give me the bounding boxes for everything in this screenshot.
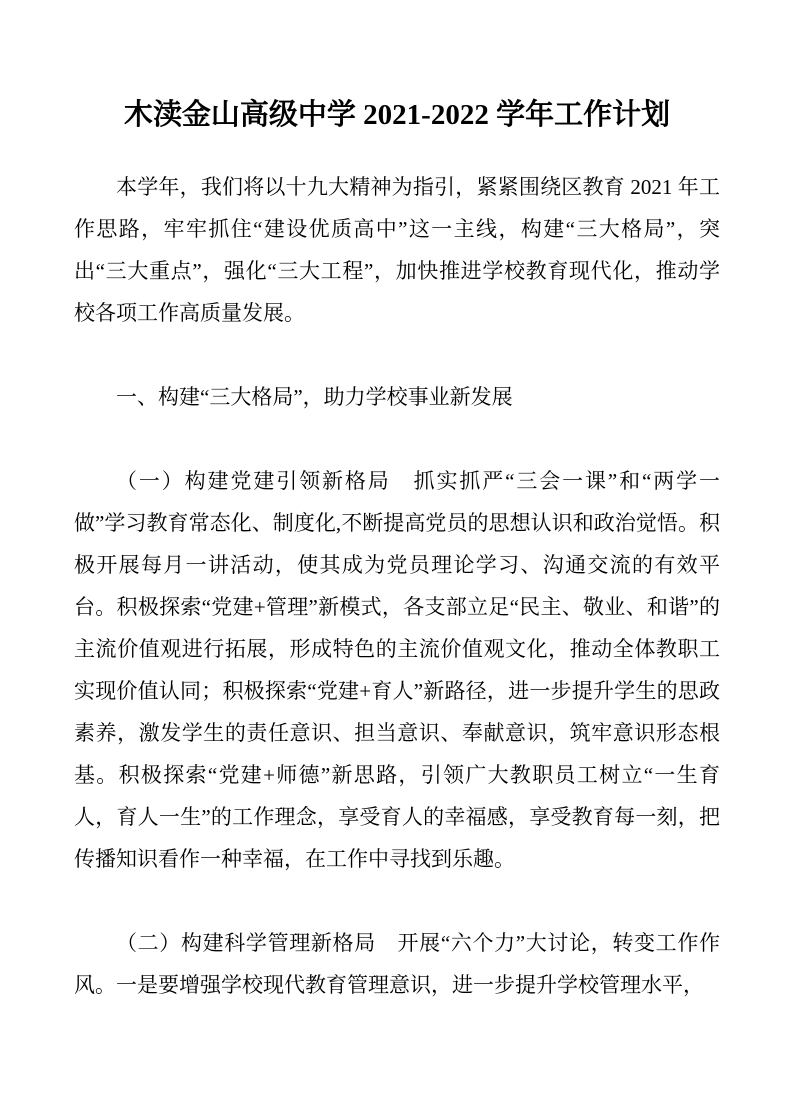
section-one-heading: 一、构建“三大格局”，助力学校事业新发展 [74,376,720,418]
document-title: 木渎金山高级中学 2021-2022 学年工作计划 [74,93,720,137]
intro-paragraph: 本学年，我们将以十九大精神为指引，紧紧围绕区教育 2021 年工作思路，牢牢抓住… [74,166,720,334]
section-one-subparagraph-1: （一）构建党建引领新格局 抓实抓严“三会一课”和“两学一做”学习教育常态化、制度… [74,460,720,880]
section-one-subparagraph-2: （二）构建科学管理新格局 开展“六个力”大讨论，转变工作作风。一是要增强学校现代… [74,922,720,1006]
document-page: 木渎金山高级中学 2021-2022 学年工作计划 本学年，我们将以十九大精神为… [0,0,794,1108]
